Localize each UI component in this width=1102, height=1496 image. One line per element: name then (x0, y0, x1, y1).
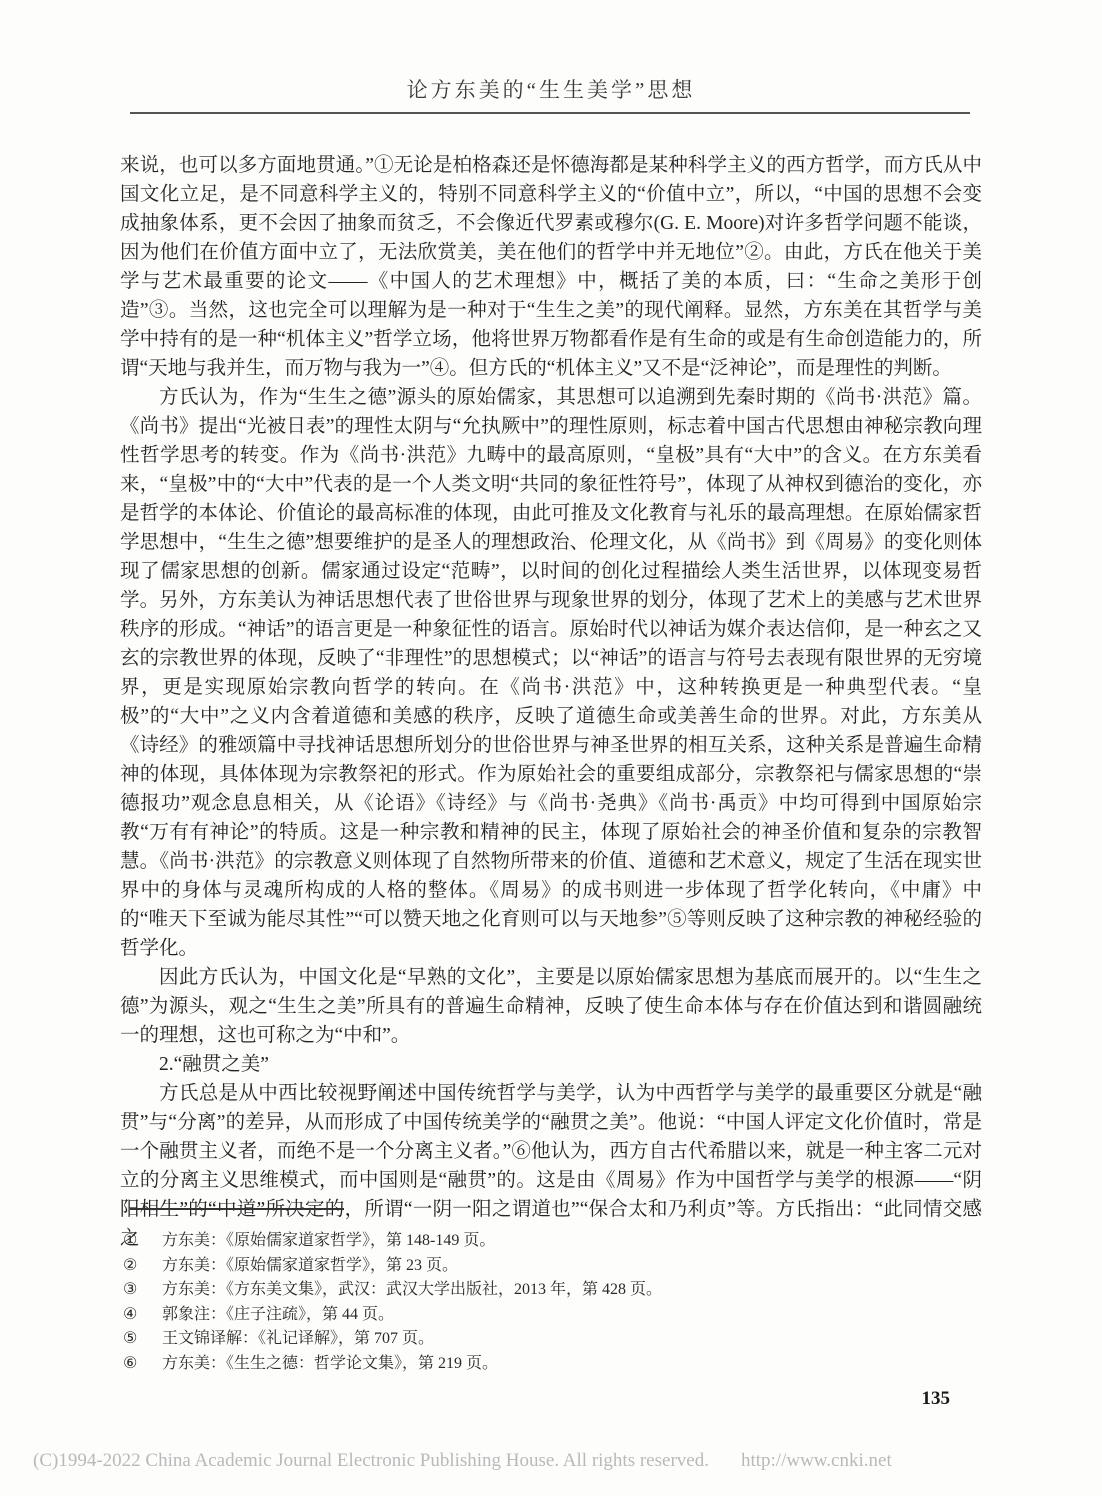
footnote-list: ① 方东美：《原始儒家道家哲学》，第 148-149 页。 ② 方东美：《原始儒… (123, 1229, 983, 1377)
header-divider (130, 112, 970, 114)
paper-page: 论方东美的“生生美学”思想 来说，也可以多方面地贯通。”①无论是柏格森还是怀德海… (0, 0, 1102, 1496)
footnote-text: 方东美：《原始儒家道家哲学》，第 23 页。 (162, 1254, 983, 1279)
footnote-marker: ⑥ (123, 1352, 162, 1377)
footnote-marker: ④ (123, 1303, 162, 1328)
footnote-text: 王文锦译解：《礼记译解》，第 707 页。 (162, 1327, 983, 1352)
footer-url: http://www.cnki.net (741, 1450, 892, 1471)
footnote-text: 方东美：《方东美文集》，武汉：武汉大学出版社，2013 年，第 428 页。 (162, 1278, 983, 1303)
running-head-title: 论方东美的“生生美学”思想 (0, 74, 1102, 104)
footnote-marker: ③ (123, 1278, 162, 1303)
paragraph: 因此方氏认为，中国文化是“早熟的文化”，主要是以原始儒家思想为基底而展开的。以“… (120, 963, 982, 1050)
footnote-marker: ① (123, 1229, 162, 1254)
footnote-marker: ② (123, 1254, 162, 1279)
footnote-text: 郭象注：《庄子注疏》，第 44 页。 (162, 1303, 983, 1328)
paragraph: 方氏认为，作为“生生之德”源头的原始儒家，其思想可以追溯到先秦时期的《尚书·洪范… (120, 383, 982, 963)
footnote-marker: ⑤ (123, 1327, 162, 1352)
footnote-item: ③ 方东美：《方东美文集》，武汉：武汉大学出版社，2013 年，第 428 页。 (123, 1278, 983, 1303)
footnote-item: ① 方东美：《原始儒家道家哲学》，第 148-149 页。 (123, 1229, 983, 1254)
paragraph-continuation: 来说，也可以多方面地贯通。”①无论是柏格森还是怀德海都是某种科学主义的西方哲学，… (120, 151, 982, 383)
footnote-text: 方东美：《生生之德：哲学论文集》，第 219 页。 (162, 1352, 983, 1377)
footer-copyright: (C)1994-2022 China Academic Journal Elec… (33, 1450, 709, 1471)
footer-copyright-line: (C)1994-2022 China Academic Journal Elec… (33, 1450, 1083, 1472)
footnote-item: ⑥ 方东美：《生生之德：哲学论文集》，第 219 页。 (123, 1352, 983, 1377)
footnote-item: ② 方东美：《原始儒家道家哲学》，第 23 页。 (123, 1254, 983, 1279)
footnote-item: ④ 郭象注：《庄子注疏》，第 44 页。 (123, 1303, 983, 1328)
page-number: 135 (870, 1388, 950, 1410)
article-body: 来说，也可以多方面地贯通。”①无论是柏格森还是怀德海都是某种科学主义的西方哲学，… (120, 151, 982, 1253)
paragraph: 方氏总是从中西比较视野阐述中国传统哲学与美学，认为中西哲学与美学的最重要区分就是… (120, 1079, 982, 1253)
footnote-separator (130, 1208, 344, 1210)
footnote-text: 方东美：《原始儒家道家哲学》，第 148-149 页。 (162, 1229, 983, 1254)
section-subheading: 2.“融贯之美” (120, 1050, 982, 1079)
footnote-item: ⑤ 王文锦译解：《礼记译解》，第 707 页。 (123, 1327, 983, 1352)
